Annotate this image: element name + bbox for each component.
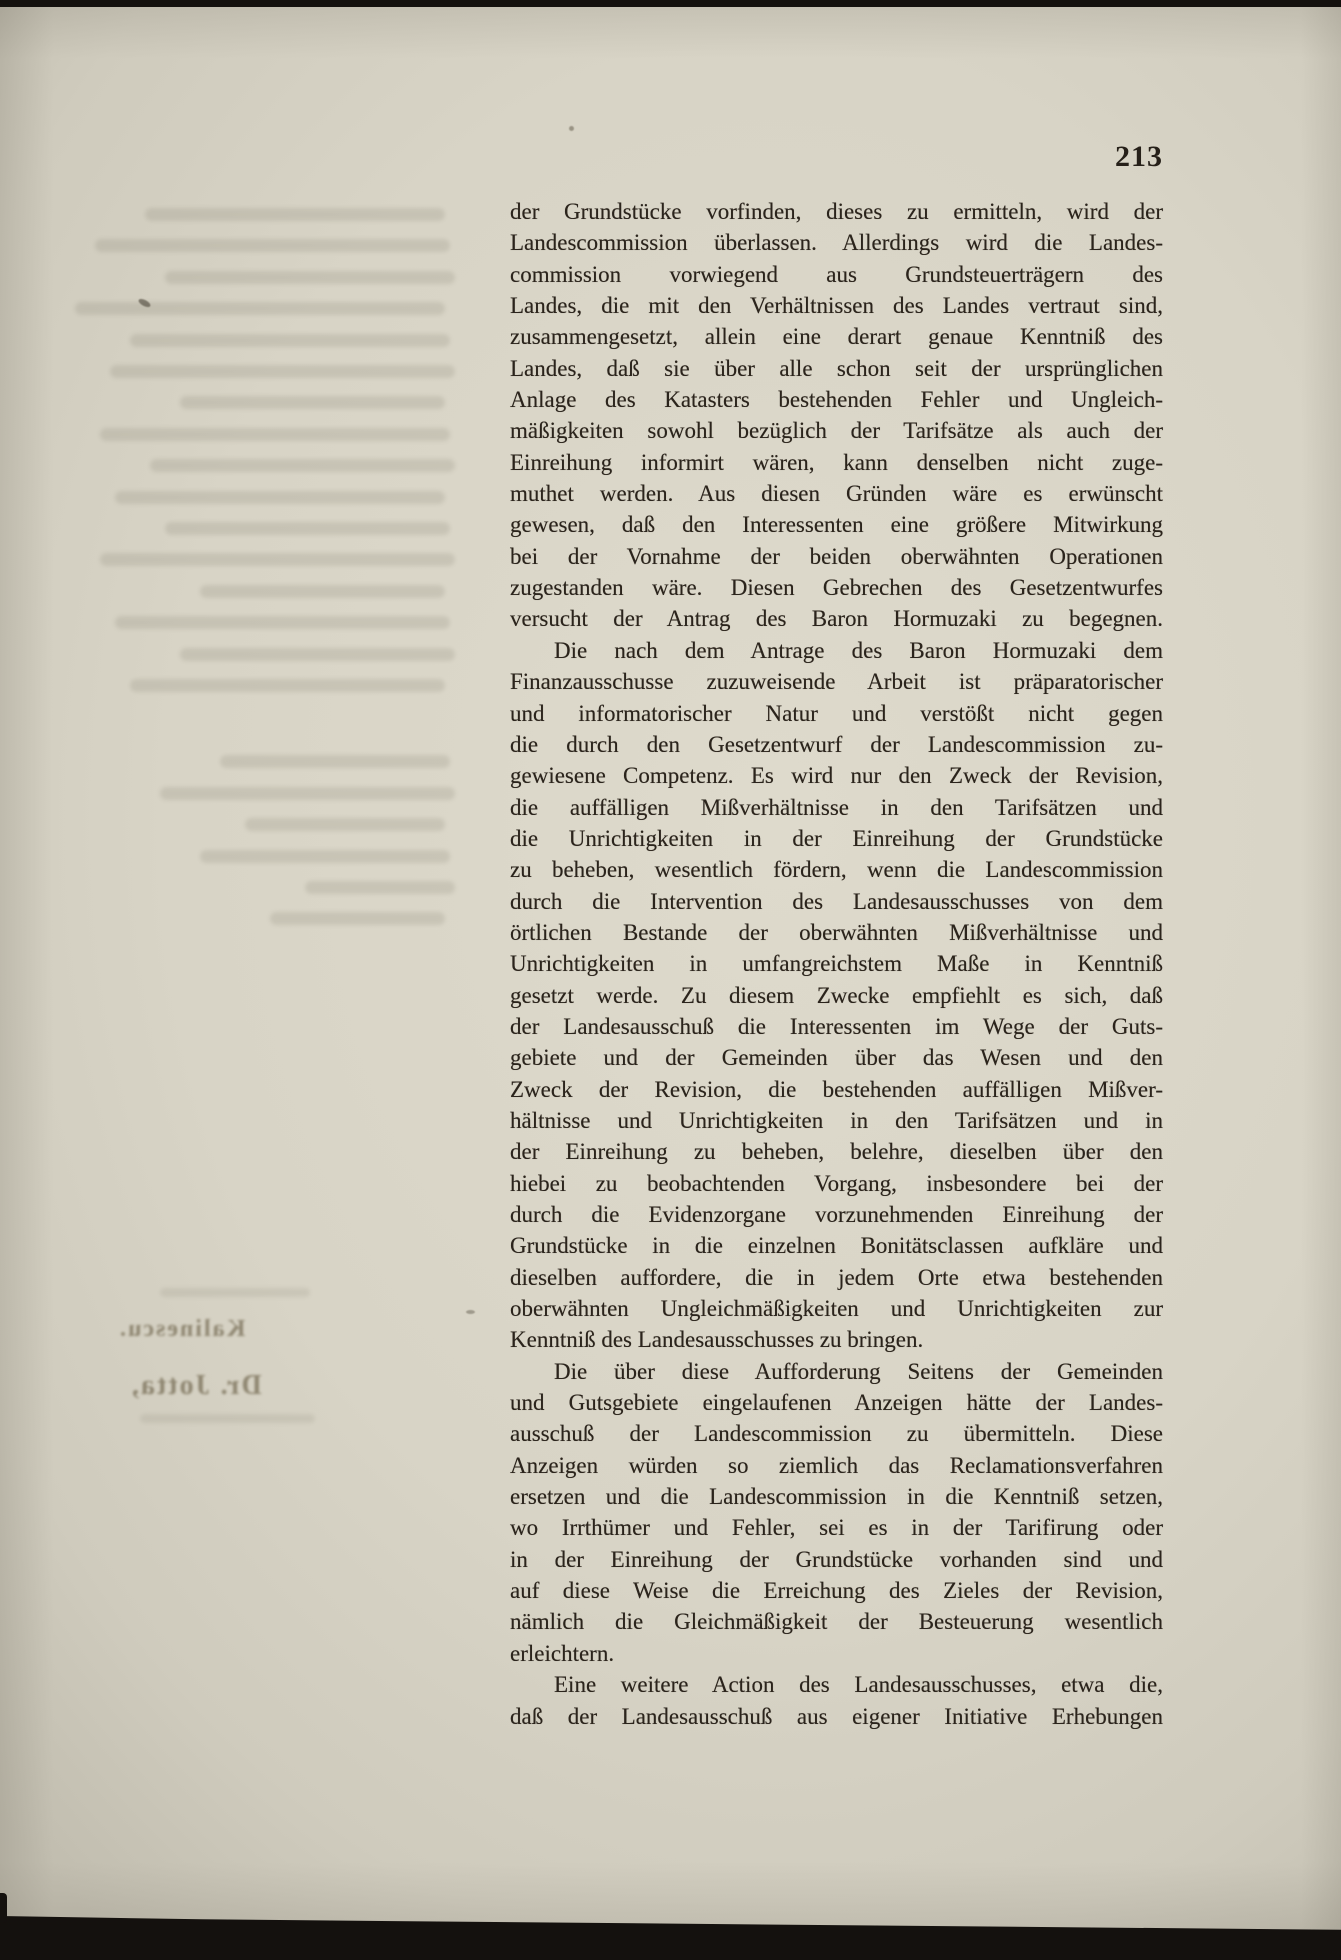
text-line: erleichtern. xyxy=(510,1638,1163,1669)
text-line: dieselben auffordere, die in jedem Orte … xyxy=(510,1262,1163,1293)
text-line: gesetzt werde. Zu diesem Zwecke empfiehl… xyxy=(510,980,1163,1011)
paper-speck xyxy=(466,1310,475,1314)
text-line: Anzeigen würden so ziemlich das Reclamat… xyxy=(510,1450,1163,1481)
text-line: auf diese Weise die Erreichung des Ziele… xyxy=(510,1575,1163,1606)
ghost-text-line xyxy=(115,491,445,504)
ghost-signature-1: Kalinescu. xyxy=(118,1316,245,1343)
page-number: 213 xyxy=(510,140,1163,174)
text-line: bei der Vornahme der beiden oberwähnten … xyxy=(510,541,1163,572)
ghost-text-line xyxy=(160,1288,310,1297)
ghost-text-line xyxy=(75,302,445,315)
text-line: wo Irrthümer und Fehler, sei es in der T… xyxy=(510,1512,1163,1543)
ghost-text-line xyxy=(115,616,450,629)
text-line: commission vorwiegend aus Grundsteuerträ… xyxy=(510,259,1163,290)
text-line: gebiete und der Gemeinden über das Wesen… xyxy=(510,1042,1163,1073)
ghost-text-line xyxy=(100,553,455,566)
ghost-text-line xyxy=(165,522,450,535)
ghost-text-line xyxy=(270,912,445,925)
text-line: Landescommission überlassen. Allerdings … xyxy=(510,227,1163,258)
text-line: zugestanden wäre. Diesen Gebrechen des G… xyxy=(510,572,1163,603)
text-line: nämlich die Gleichmäßigkeit der Besteuer… xyxy=(510,1606,1163,1637)
text-line: und Gutsgebiete eingelaufenen Anzeigen h… xyxy=(510,1387,1163,1418)
text-line: versucht der Antrag des Baron Hormuzaki … xyxy=(510,603,1163,634)
book-page-scan: 213 Kalinescu. Dr. Jotta, der Grundstück… xyxy=(0,0,1341,1960)
ghost-text-line xyxy=(150,459,455,472)
text-line: ersetzen und die Landescommission in die… xyxy=(510,1481,1163,1512)
text-line: die auffälligen Mißverhältnisse in den T… xyxy=(510,792,1163,823)
text-line: Zweck der Revision, die bestehenden auff… xyxy=(510,1074,1163,1105)
text-line: Einreihung informirt wären, kann denselb… xyxy=(510,447,1163,478)
text-line: daß der Landesausschuß aus eigener Initi… xyxy=(510,1701,1163,1732)
text-line: durch die Evidenzorgane vorzunehmenden E… xyxy=(510,1199,1163,1230)
ghost-text-line xyxy=(200,850,450,863)
ghost-text-line xyxy=(180,396,445,409)
ghost-text-line xyxy=(220,755,450,768)
text-line: Die über diese Aufforderung Seitens der … xyxy=(510,1356,1163,1387)
paragraph: Eine weitere Action des Landesausschusse… xyxy=(510,1669,1163,1732)
paper-speck xyxy=(569,126,574,131)
text-line: der Einreihung zu beheben, belehre, dies… xyxy=(510,1136,1163,1167)
text-line: und informatorischer Natur und verstößt … xyxy=(510,698,1163,729)
text-column: der Grundstücke vorfinden, dieses zu erm… xyxy=(510,196,1163,1732)
text-line: hältnisse und Unrichtigkeiten in den Tar… xyxy=(510,1105,1163,1136)
ghost-signature-2: Dr. Jotta, xyxy=(130,1370,262,1402)
text-line: durch die Intervention des Landesausschu… xyxy=(510,886,1163,917)
text-line: zusammengesetzt, allein eine derart gena… xyxy=(510,321,1163,352)
text-line: Die nach dem Antrage des Baron Hormuzaki… xyxy=(510,635,1163,666)
text-line: Unrichtigkeiten in umfangreichstem Maße … xyxy=(510,948,1163,979)
text-line: in der Einreihung der Grundstücke vorhan… xyxy=(510,1544,1163,1575)
paragraph: Die über diese Aufforderung Seitens der … xyxy=(510,1356,1163,1669)
text-line: Grundstücke in die einzelnen Bonitätscla… xyxy=(510,1230,1163,1261)
ghost-text-line xyxy=(245,818,445,831)
text-line: zu beheben, wesentlich fördern, wenn die… xyxy=(510,854,1163,885)
text-line: mäßigkeiten sowohl bezüglich der Tarifsä… xyxy=(510,415,1163,446)
ghost-text-line xyxy=(140,1414,315,1423)
text-line: der Landesausschuß die Interessenten im … xyxy=(510,1011,1163,1042)
text-line: Finanzausschusse zuzuweisende Arbeit ist… xyxy=(510,666,1163,697)
text-line: Kenntniß des Landesausschusses zu bringe… xyxy=(510,1324,1163,1355)
text-line: oberwähnten Ungleichmäßigkeiten und Unri… xyxy=(510,1293,1163,1324)
ghost-text-line xyxy=(305,881,455,894)
text-line: ausschuß der Landescommission zu übermit… xyxy=(510,1418,1163,1449)
text-line: die Unrichtigkeiten in der Einreihung de… xyxy=(510,823,1163,854)
text-line: gewiesene Competenz. Es wird nur den Zwe… xyxy=(510,760,1163,791)
ghost-text-line xyxy=(160,787,455,800)
ghost-text-line xyxy=(145,208,445,221)
bottom-scan-edge xyxy=(0,1905,1341,1960)
ghost-text-line xyxy=(100,428,450,441)
left-scan-edge-notch xyxy=(0,1893,7,1923)
text-line: hiebei zu beobachtenden Vorgang, insbeso… xyxy=(510,1168,1163,1199)
text-line: örtlichen Bestande der oberwähnten Mißve… xyxy=(510,917,1163,948)
text-line: die durch den Gesetzentwurf der Landesco… xyxy=(510,729,1163,760)
text-line: muthet werden. Aus diesen Gründen wäre e… xyxy=(510,478,1163,509)
text-line: Anlage des Katasters bestehenden Fehler … xyxy=(510,384,1163,415)
ghost-text-line xyxy=(130,679,445,692)
text-line: Landes, die mit den Verhältnissen des La… xyxy=(510,290,1163,321)
text-line: Landes, daß sie über alle schon seit der… xyxy=(510,353,1163,384)
ghost-text-line xyxy=(165,271,455,284)
paragraph: Die nach dem Antrage des Baron Hormuzaki… xyxy=(510,635,1163,1356)
top-scan-edge xyxy=(0,0,1341,7)
text-line: gewesen, daß den Interessenten eine größ… xyxy=(510,509,1163,540)
ghost-text-line xyxy=(180,648,455,661)
ghost-text-line xyxy=(130,334,450,347)
paragraph: der Grundstücke vorfinden, dieses zu erm… xyxy=(510,196,1163,635)
ghost-text-line xyxy=(95,239,450,252)
text-line: Eine weitere Action des Landesausschusse… xyxy=(510,1669,1163,1700)
ghost-text-line xyxy=(200,585,445,598)
text-line: der Grundstücke vorfinden, dieses zu erm… xyxy=(510,196,1163,227)
ghost-text-line xyxy=(110,365,455,378)
